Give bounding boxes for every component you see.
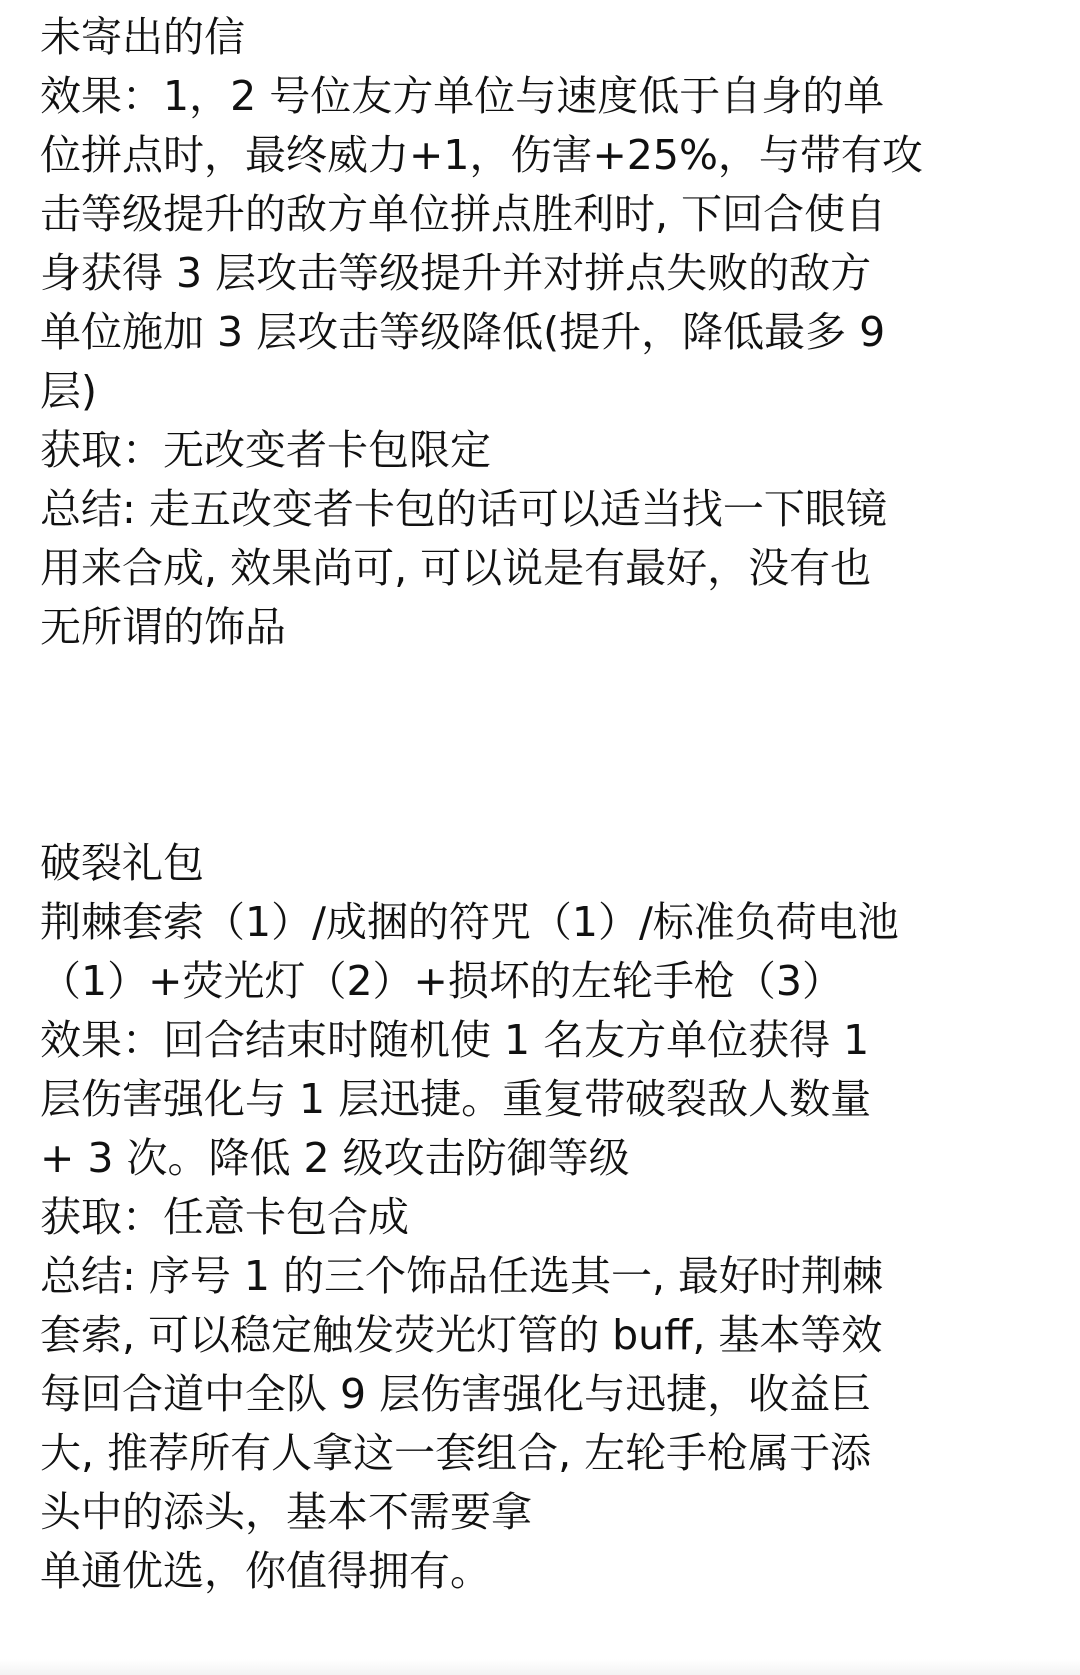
effect-line: 击等级提升的敌方单位拼点胜利时, 下回合使自	[40, 185, 1050, 244]
document-body: 未寄出的信 效果：1，2 号位友方单位与速度低于自身的单 位拼点时，最终威力+1…	[40, 8, 1050, 1601]
section-rupture-pack: 破裂礼包 荆棘套索（1）/成捆的符咒（1）/标准负荷电池 （1）+荧光灯（2）+…	[40, 834, 1050, 1601]
effect-line: 身获得 3 层攻击等级提升并对拼点失败的敌方	[40, 244, 1050, 303]
effect-line: 位拼点时，最终威力+1，伤害+25%，与带有攻	[40, 126, 1050, 185]
effect-line: 效果：回合结束时随机使 1 名友方单位获得 1	[40, 1011, 1050, 1070]
section-spacer	[40, 657, 1050, 834]
summary-line: 用来合成, 效果尚可, 可以说是有最好，没有也	[40, 539, 1050, 598]
effect-line: 层伤害强化与 1 层迅捷。重复带破裂敌人数量	[40, 1070, 1050, 1129]
combo-line: 荆棘套索（1）/成捆的符咒（1）/标准负荷电池	[40, 893, 1050, 952]
summary-line: 总结: 序号 1 的三个饰品任选其一, 最好时荆棘	[40, 1247, 1050, 1306]
summary-line: 每回合道中全队 9 层伤害强化与迅捷，收益巨	[40, 1365, 1050, 1424]
section-title: 未寄出的信	[40, 8, 1050, 67]
section-unsent-letter: 未寄出的信 效果：1，2 号位友方单位与速度低于自身的单 位拼点时，最终威力+1…	[40, 8, 1050, 657]
effect-line: + 3 次。降低 2 级攻击防御等级	[40, 1129, 1050, 1188]
summary-line: 单通优选，你值得拥有。	[40, 1542, 1050, 1601]
summary-line: 头中的添头，基本不需要拿	[40, 1483, 1050, 1542]
bottom-fade	[0, 1659, 1080, 1675]
summary-line: 总结: 走五改变者卡包的话可以适当找一下眼镜	[40, 480, 1050, 539]
effect-line: 效果：1，2 号位友方单位与速度低于自身的单	[40, 67, 1050, 126]
acquire-line: 获取：无改变者卡包限定	[40, 421, 1050, 480]
effect-line: 层)	[40, 362, 1050, 421]
effect-line: 单位施加 3 层攻击等级降低(提升，降低最多 9	[40, 303, 1050, 362]
acquire-line: 获取：任意卡包合成	[40, 1188, 1050, 1247]
summary-line: 大, 推荐所有人拿这一套组合, 左轮手枪属于添	[40, 1424, 1050, 1483]
section-title: 破裂礼包	[40, 834, 1050, 893]
summary-line: 无所谓的饰品	[40, 598, 1050, 657]
combo-line: （1）+荧光灯（2）+损坏的左轮手枪（3）	[40, 952, 1050, 1011]
summary-line: 套索, 可以稳定触发荧光灯管的 buff, 基本等效	[40, 1306, 1050, 1365]
